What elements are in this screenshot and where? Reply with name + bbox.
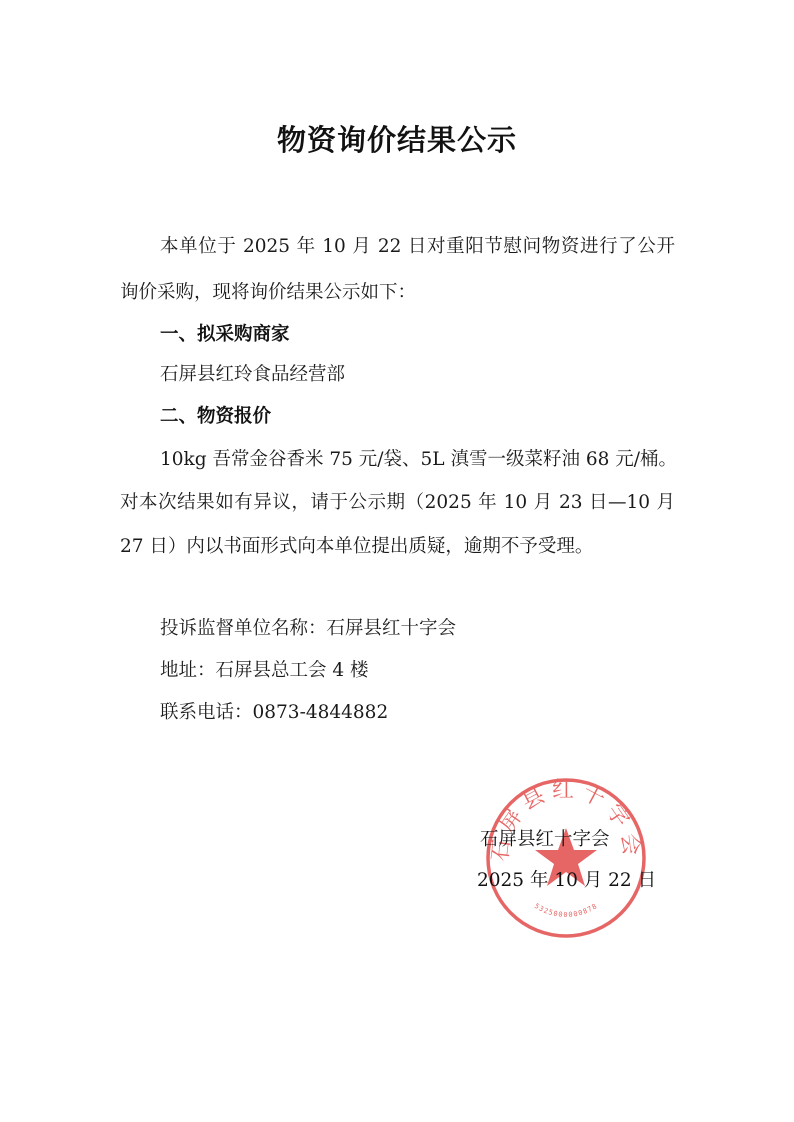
svg-text:5325000000878: 5325000000878 <box>533 902 599 919</box>
quote-line-1: 10kg 吾常金谷香米 75 元/袋、5L 滇雪一级菜籽油 68 元/桶。 <box>160 445 675 471</box>
official-seal-stamp: 石屏县红十字会 5325000000878 <box>484 776 648 940</box>
intro-line-1: 本单位于 2025 年 10 月 22 日对重阳节慰问物资进行了公开 <box>160 232 675 258</box>
supervisor-line: 投诉监督单位名称：石屏县红十字会 <box>160 614 456 640</box>
signature-date: 2025 年 10 月 22 日 <box>477 866 656 892</box>
document-page: 物资询价结果公示 本单位于 2025 年 10 月 22 日对重阳节慰问物资进行… <box>0 0 794 1122</box>
quote-line-2: 对本次结果如有异议，请于公示期（2025 年 10 月 23 日—10 月 <box>120 488 675 514</box>
merchant-name: 石屏县红玲食品经营部 <box>160 360 345 386</box>
quote-line-3: 27 日）内以书面形式向本单位提出质疑，逾期不予受理。 <box>120 532 593 558</box>
intro-line-2: 询价采购，现将询价结果公示如下： <box>120 278 416 304</box>
phone-line: 联系电话：0873-4844882 <box>160 698 388 724</box>
signature-organization: 石屏县红十字会 <box>480 825 610 851</box>
section-heading-merchant: 一、拟采购商家 <box>160 320 290 346</box>
section-heading-quote: 二、物资报价 <box>160 402 271 428</box>
address-line: 地址：石屏县总工会 4 楼 <box>160 656 369 682</box>
document-title: 物资询价结果公示 <box>0 118 794 159</box>
